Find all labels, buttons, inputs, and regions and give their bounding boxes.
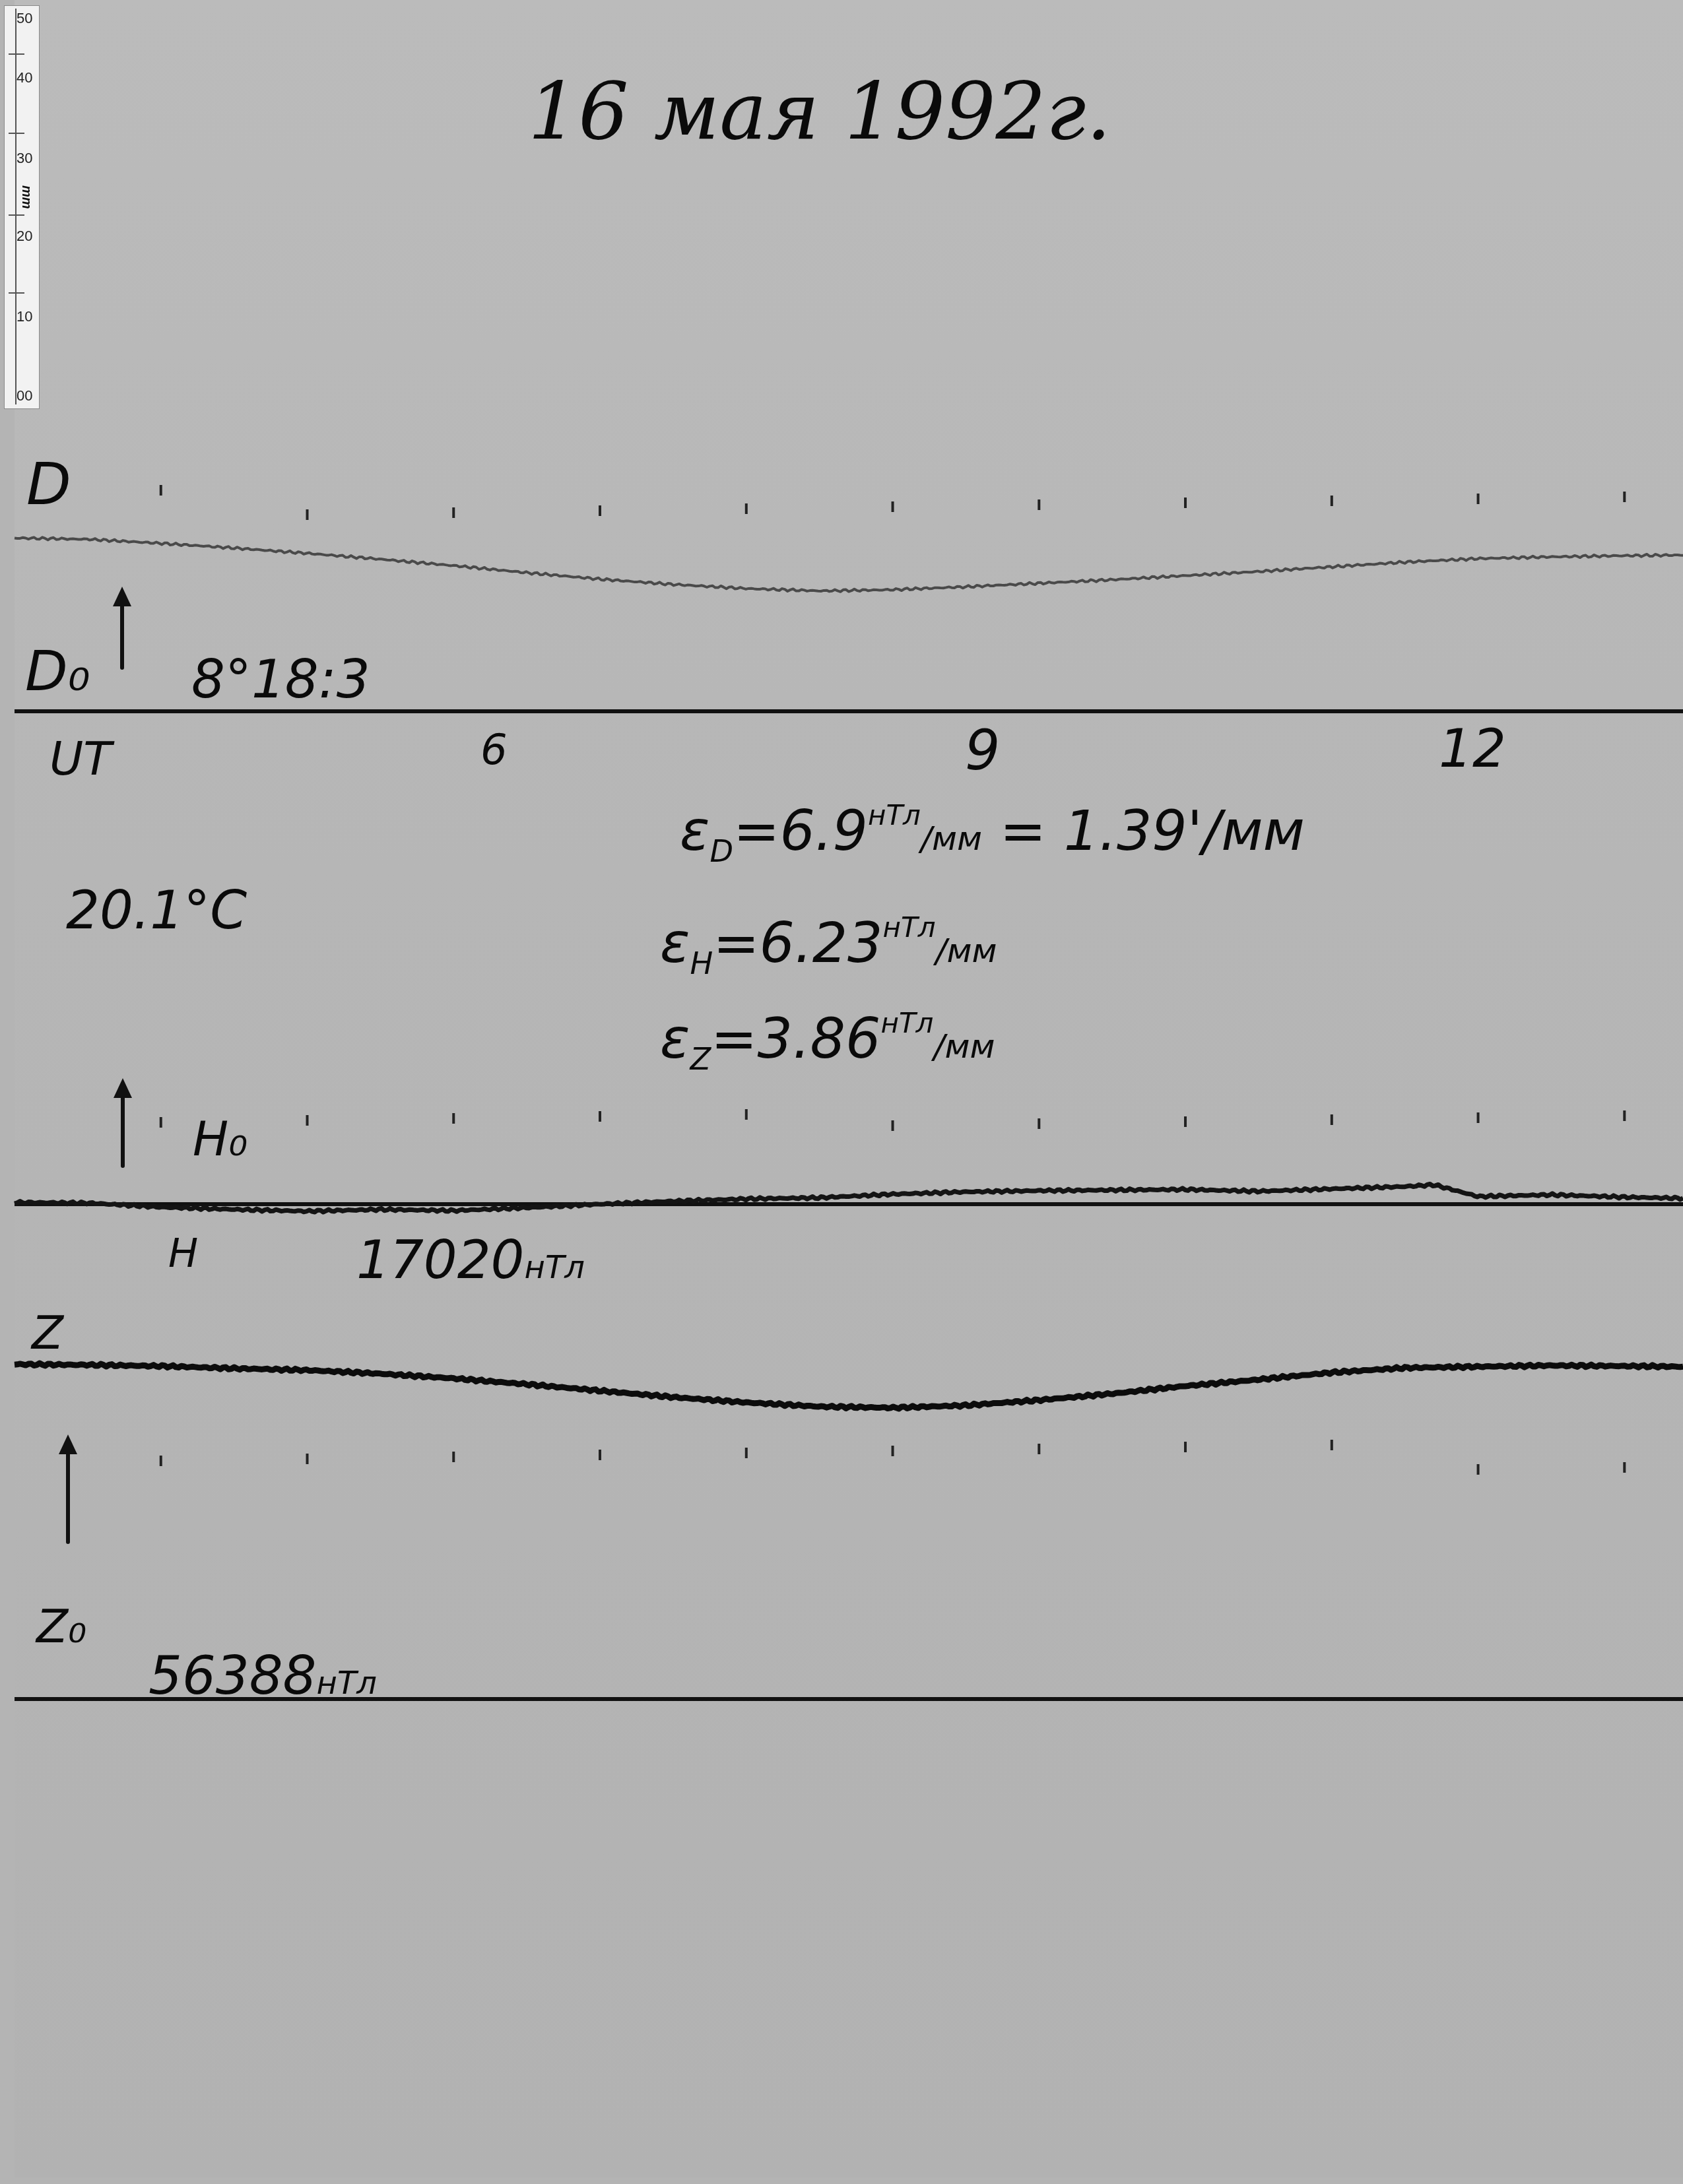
- h-unit: нТл: [525, 1249, 585, 1286]
- hour-label-12: 12: [1439, 723, 1506, 775]
- z-value: 56388: [148, 1645, 317, 1706]
- time-axis-label: UT: [49, 736, 112, 782]
- trace-h: [15, 1184, 1683, 1213]
- h-baseline-value: 17020нТл: [356, 1234, 585, 1287]
- scale-value-arcmin: = 1.39'/мм: [1000, 798, 1305, 863]
- subscript: H: [690, 946, 713, 981]
- subscript: D: [709, 833, 733, 869]
- d-baseline-value: 8°18:3: [191, 653, 370, 706]
- unit: нТл: [883, 911, 936, 944]
- h-value: 17020: [356, 1229, 525, 1291]
- up-arrow-icon: [121, 1082, 125, 1168]
- epsilon-symbol: ε: [660, 1006, 690, 1071]
- z-trace-label: Z: [32, 1310, 63, 1356]
- trace-d: [15, 537, 1683, 592]
- scale-value: 3.86: [757, 1006, 880, 1071]
- up-arrow-icon: [120, 591, 124, 670]
- per-mm: /мм: [936, 931, 997, 970]
- d-baseline-label: D₀: [25, 643, 90, 699]
- scale-factor-h: εH=6.23нТл/мм: [660, 914, 997, 979]
- epsilon-symbol: ε: [660, 911, 690, 975]
- subscript: Z: [690, 1041, 711, 1077]
- unit: нТл: [868, 799, 921, 831]
- unit: нТл: [880, 1007, 933, 1039]
- h-trace-label: H: [168, 1234, 198, 1273]
- z-baseline-label: Z₀: [36, 1603, 86, 1650]
- z-baseline-value: 56388нТл: [148, 1650, 377, 1702]
- hour-label-9: 9: [965, 723, 1000, 778]
- trace-plot: [0, 0, 1683, 2184]
- scale-factor-d: εD=6.9нТл/мм = 1.39'/мм: [680, 802, 1305, 866]
- hour-label-6: 6: [480, 729, 508, 771]
- scale-value: 6.9: [779, 798, 868, 863]
- d-trace-label: D: [26, 455, 71, 513]
- scale-value: 6.23: [760, 911, 883, 975]
- epsilon-symbol: ε: [680, 798, 709, 863]
- h-baseline-label: H₀: [193, 1115, 247, 1163]
- z-unit: нТл: [317, 1665, 377, 1702]
- trace-z: [15, 1363, 1683, 1409]
- per-mm: /мм: [921, 819, 982, 858]
- temperature-label: 20.1°C: [66, 884, 247, 937]
- scale-factor-z: εZ=3.86нТл/мм: [660, 1010, 995, 1074]
- up-arrow-icon: [66, 1438, 70, 1544]
- per-mm: /мм: [933, 1027, 995, 1066]
